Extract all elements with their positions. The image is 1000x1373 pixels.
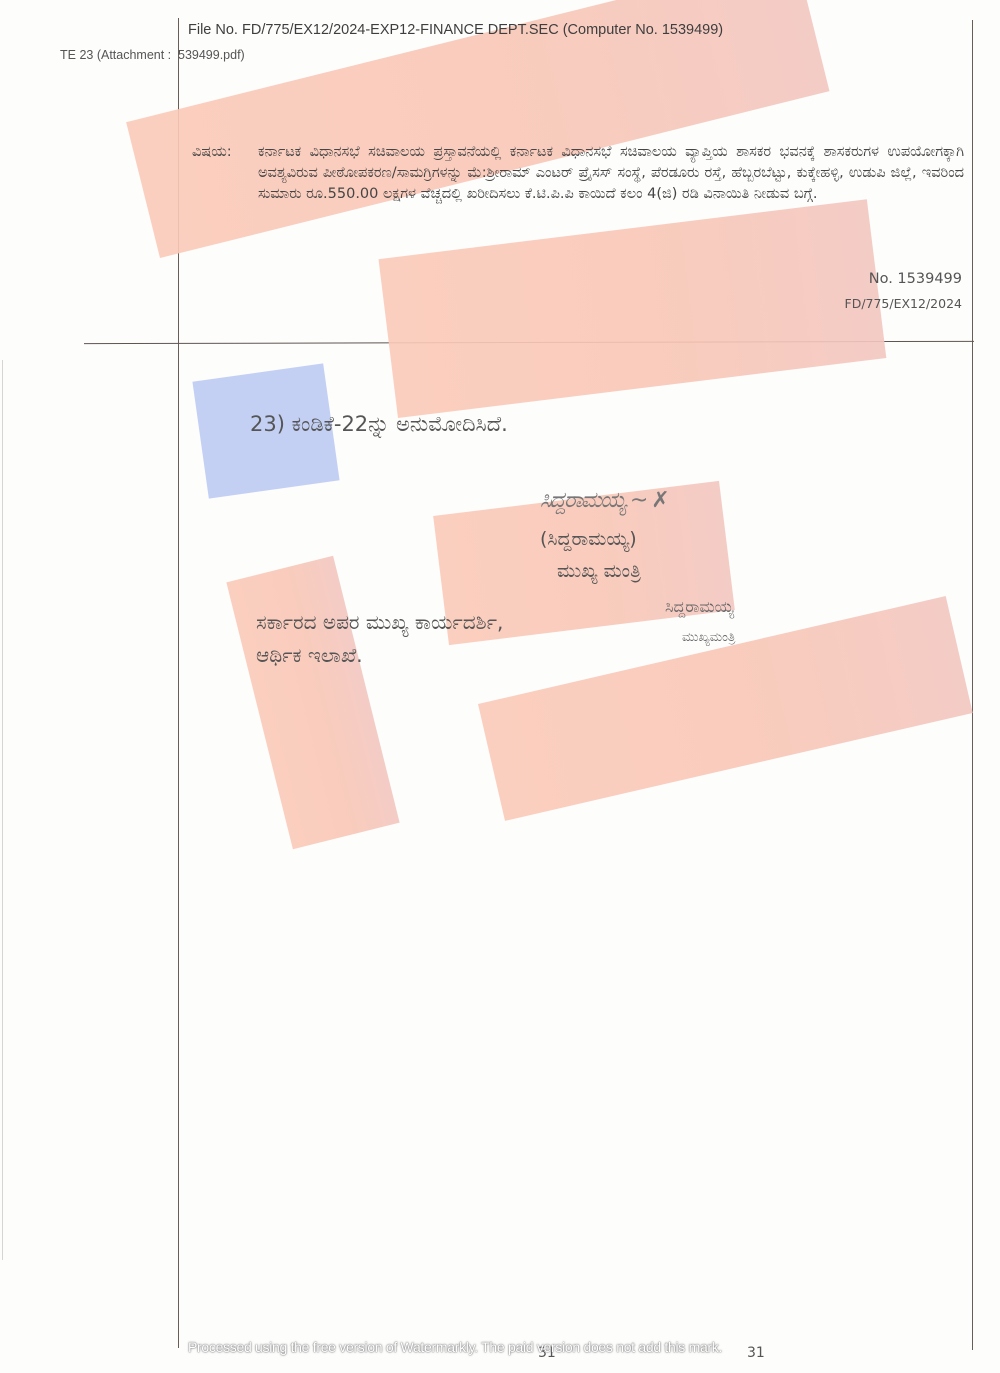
- note-attachment-label: TE 23 (Attachment :: [60, 48, 171, 62]
- overlay-shape: [226, 556, 399, 849]
- reference-number: No. 1539499: [869, 271, 962, 287]
- file-number-header: File No. FD/775/EX12/2024-EXP12-FINANCE …: [188, 22, 723, 38]
- watermark-notice: Processed using the free version of Wate…: [188, 1339, 722, 1355]
- note-paragraph: 23) ಕಂಡಿಕೆ-22ನ್ನು ಅನುಮೋದಿಸಿದೆ.: [250, 412, 508, 437]
- right-margin-rule: [972, 20, 973, 1350]
- reference-file: FD/775/EX12/2024: [845, 296, 963, 311]
- stamp-title: ಮುಖ್ಯಮಂತ್ರಿ: [682, 630, 735, 645]
- addressee-line-1: ಸರ್ಕಾರದ ಅಪರ ಮುಖ್ಯ ಕಾರ್ಯದರ್ಶಿ,: [256, 610, 503, 634]
- subject-text: ಕರ್ನಾಟಕ ವಿಧಾನಸಭೆ ಸಚಿವಾಲಯ ಪ್ರಸ್ತಾವನೆಯಲ್ಲಿ…: [258, 142, 964, 205]
- left-edge-rule: [2, 360, 3, 1260]
- page-number-right: 31: [747, 1345, 765, 1361]
- stamp-name: ಸಿದ್ದರಾಮಯ್ಯ: [665, 597, 734, 617]
- signature-handwriting: ಸಿದ್ದರಾಮಯ್ಯ ~ ✗: [540, 488, 668, 513]
- subject-label: ವಿಷಯ:: [192, 142, 232, 163]
- addressee-line-2: ಆರ್ಥಿಕ ಇಲಾಖೆ.: [256, 643, 363, 667]
- signatory-name: (ಸಿದ್ದರಾಮಯ್ಯ): [540, 528, 637, 550]
- overlay-shape: [379, 199, 887, 418]
- signatory-title: ಮುಖ್ಯ ಮಂತ್ರಿ: [557, 560, 641, 582]
- attachment-link[interactable]: 539499.pdf): [178, 48, 245, 62]
